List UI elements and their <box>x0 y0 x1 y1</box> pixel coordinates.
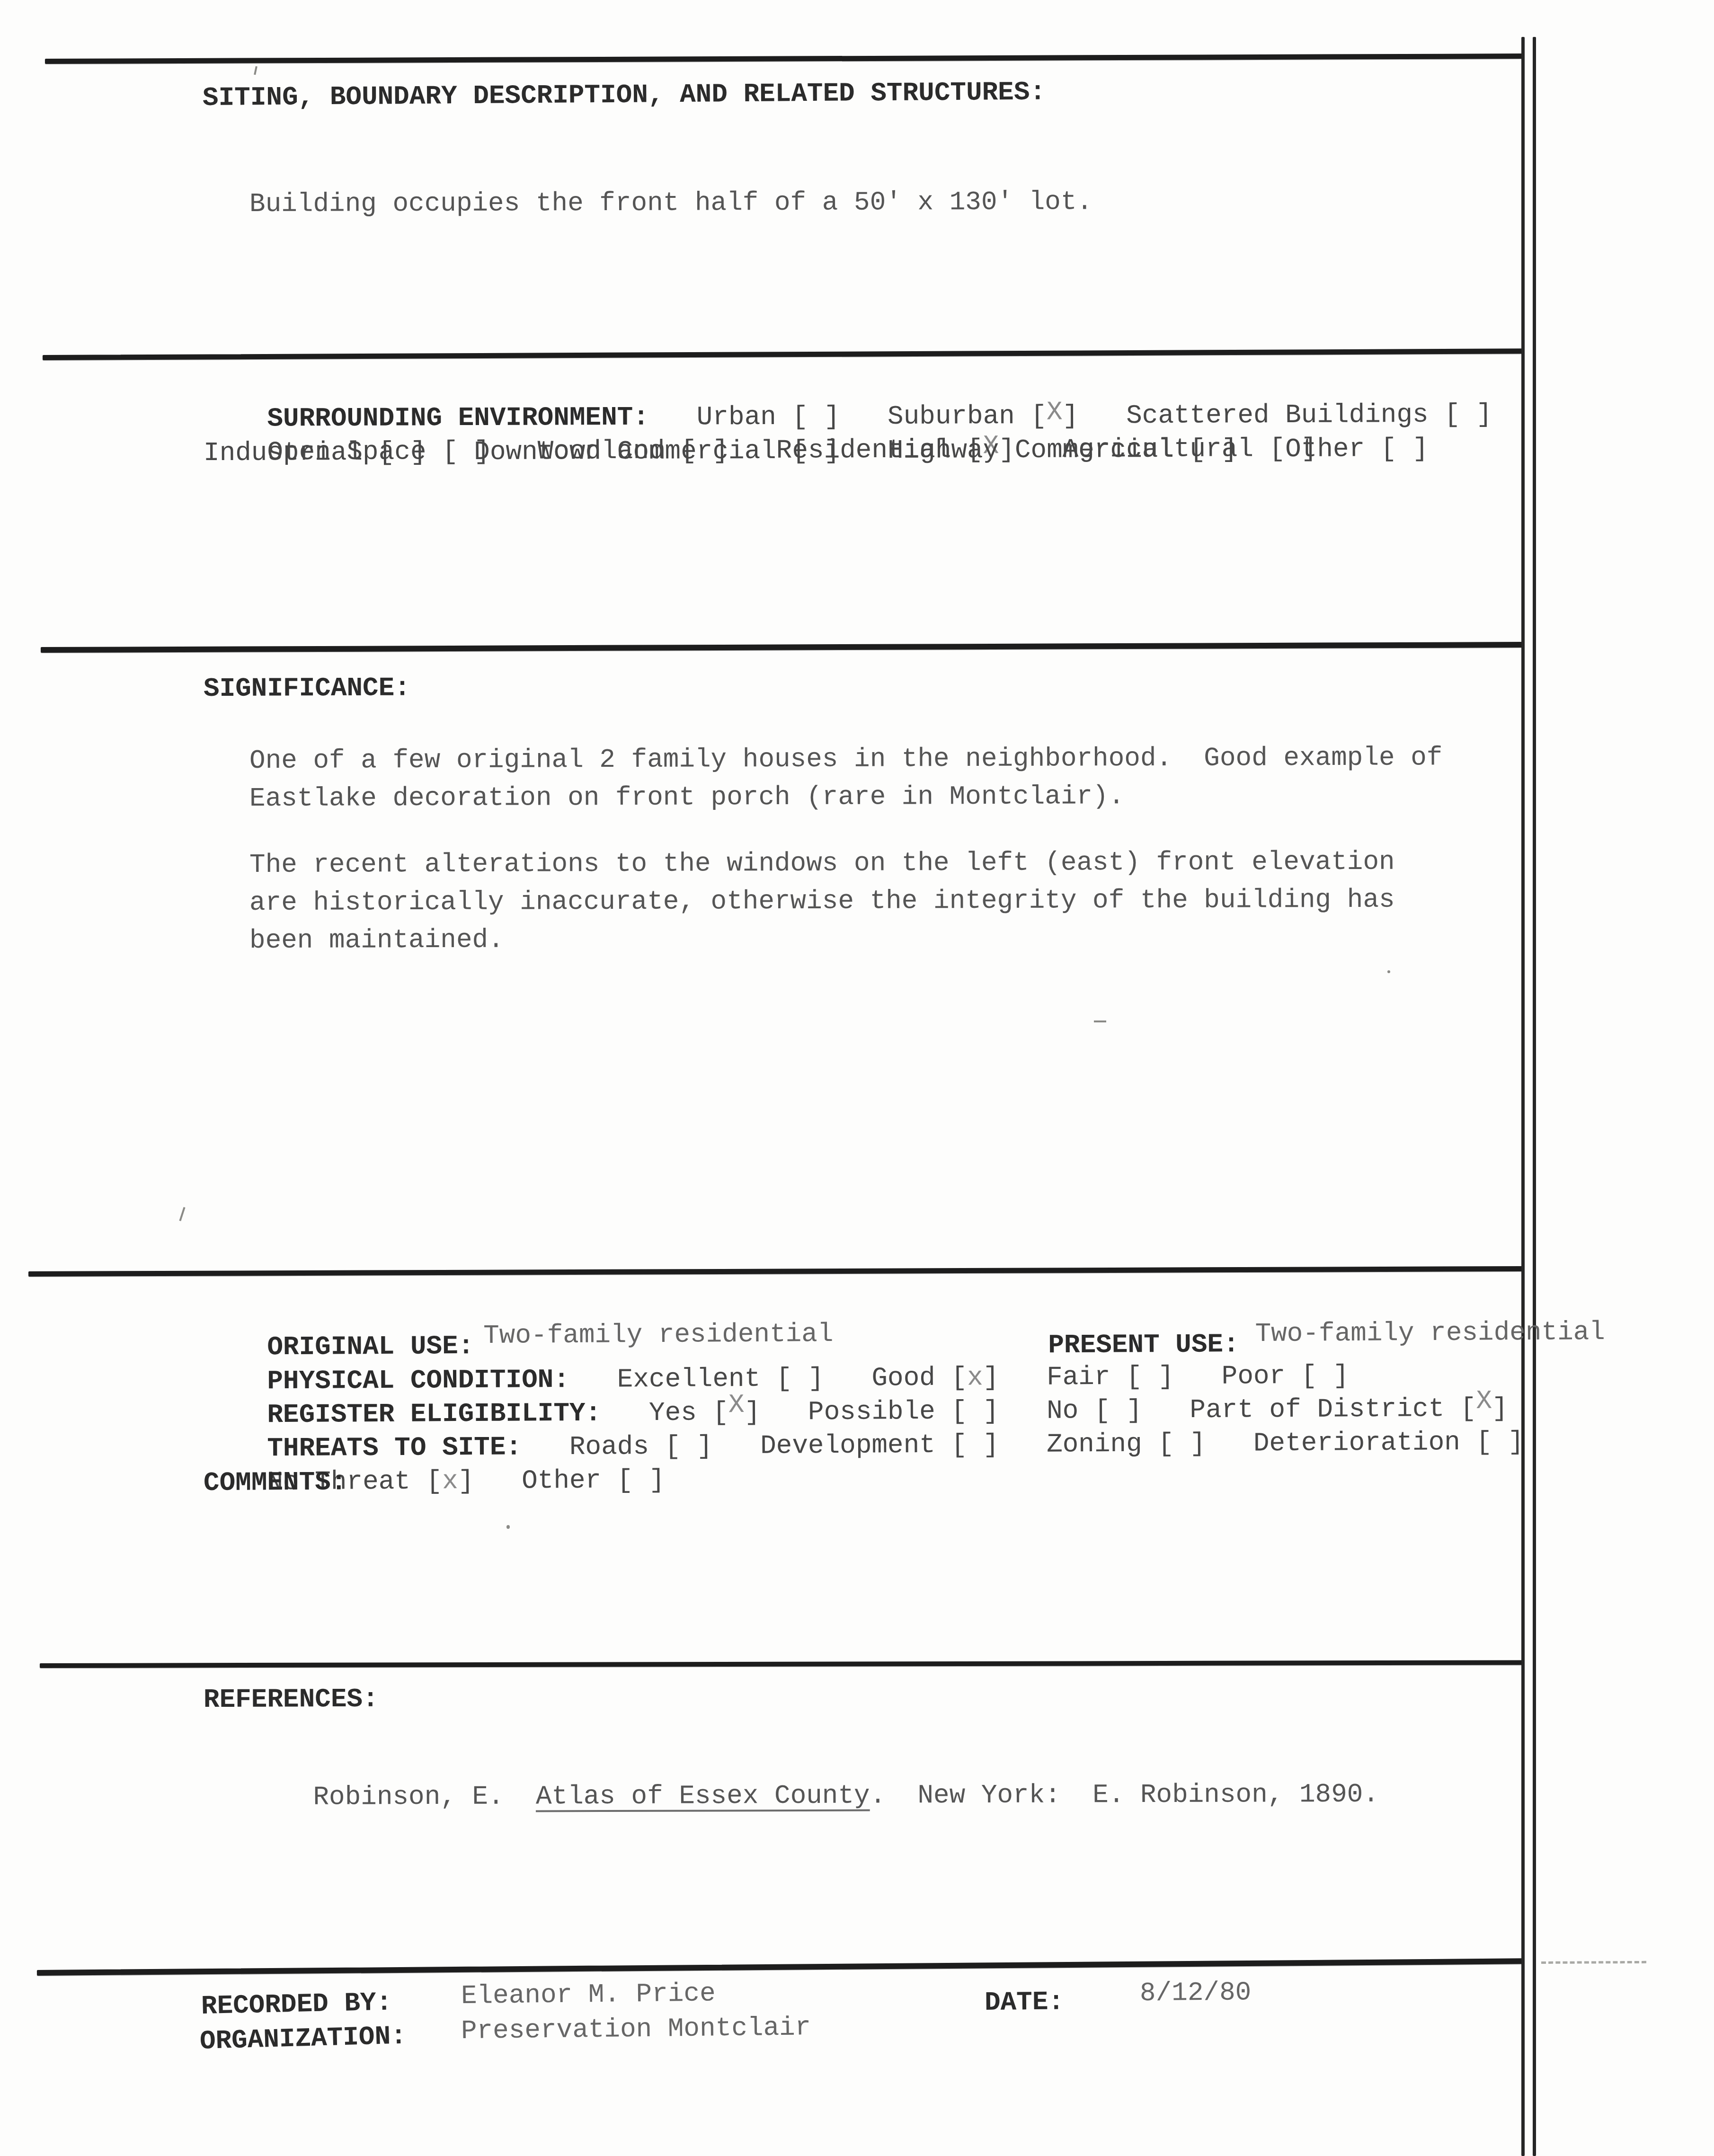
section-divider-references <box>40 1660 1522 1668</box>
citation-title: Atlas of Essex County <box>536 1781 870 1812</box>
citation-author: Robinson, E. <box>313 1781 536 1812</box>
no-threat-checkbox-x: x <box>442 1466 458 1496</box>
section-divider-significance <box>41 642 1522 653</box>
siting-description-text: Building occupies the front half of a 50… <box>249 185 1092 221</box>
survey-form-scan: SITING, BOUNDARY DESCRIPTION, AND RELATE… <box>0 0 1714 2156</box>
siting-section-label: SITING, BOUNDARY DESCRIPTION, AND RELATE… <box>203 76 1046 115</box>
scan-speck <box>254 66 258 75</box>
scan-speck <box>1387 970 1390 973</box>
significance-para2-line2: are historically inaccurate, otherwise t… <box>249 883 1395 919</box>
vertical-rule-inner <box>1521 37 1525 2156</box>
reference-citation: Robinson, E. Atlas of Essex County. New … <box>249 1745 1379 1847</box>
date-label: DATE: <box>985 1986 1065 2019</box>
significance-para1-line2: Eastlake decoration on front porch (rare… <box>249 780 1124 815</box>
organization-label: ORGANIZATION: <box>199 2020 407 2058</box>
footer-divider-dashed-tail <box>1541 1961 1646 1964</box>
significance-para2-line1: The recent alterations to the windows on… <box>249 845 1395 881</box>
date-value: 8/12/80 <box>1140 1976 1252 2010</box>
recorded-by-value: Eleanor M. Price <box>461 1977 716 2013</box>
section-divider-top <box>45 53 1523 64</box>
section-divider-footer <box>37 1958 1522 1976</box>
scan-speck <box>179 1207 185 1221</box>
scan-speck <box>506 1525 510 1529</box>
significance-para2-line3: been maintained. <box>249 923 504 957</box>
significance-section-label: SIGNIFICANCE: <box>204 671 410 705</box>
no-threat-options-b: ] Other [ ] <box>458 1465 665 1496</box>
citation-publisher: . New York: E. Robinson, 1890. <box>870 1779 1379 1811</box>
threats-options: Roads [ ] Development [ ] Zoning [ ] Det… <box>522 1427 1524 1462</box>
vertical-rule-outer <box>1533 37 1536 2156</box>
scan-speck <box>1094 1020 1106 1022</box>
comments-label: COMMENTS: <box>204 1465 347 1499</box>
surrounding-environment-line3: Industrial [ ] Downtown Commercial [ ] H… <box>204 432 1429 470</box>
references-section-label: REFERENCES: <box>204 1683 379 1716</box>
section-divider-usage <box>28 1266 1522 1277</box>
organization-value: Preservation Montclair <box>461 2011 811 2048</box>
recorded-by-label: RECORDED BY: <box>201 1986 392 2023</box>
section-divider-surrounding <box>43 348 1522 360</box>
significance-para1-line1: One of a few original 2 family houses in… <box>249 741 1443 777</box>
